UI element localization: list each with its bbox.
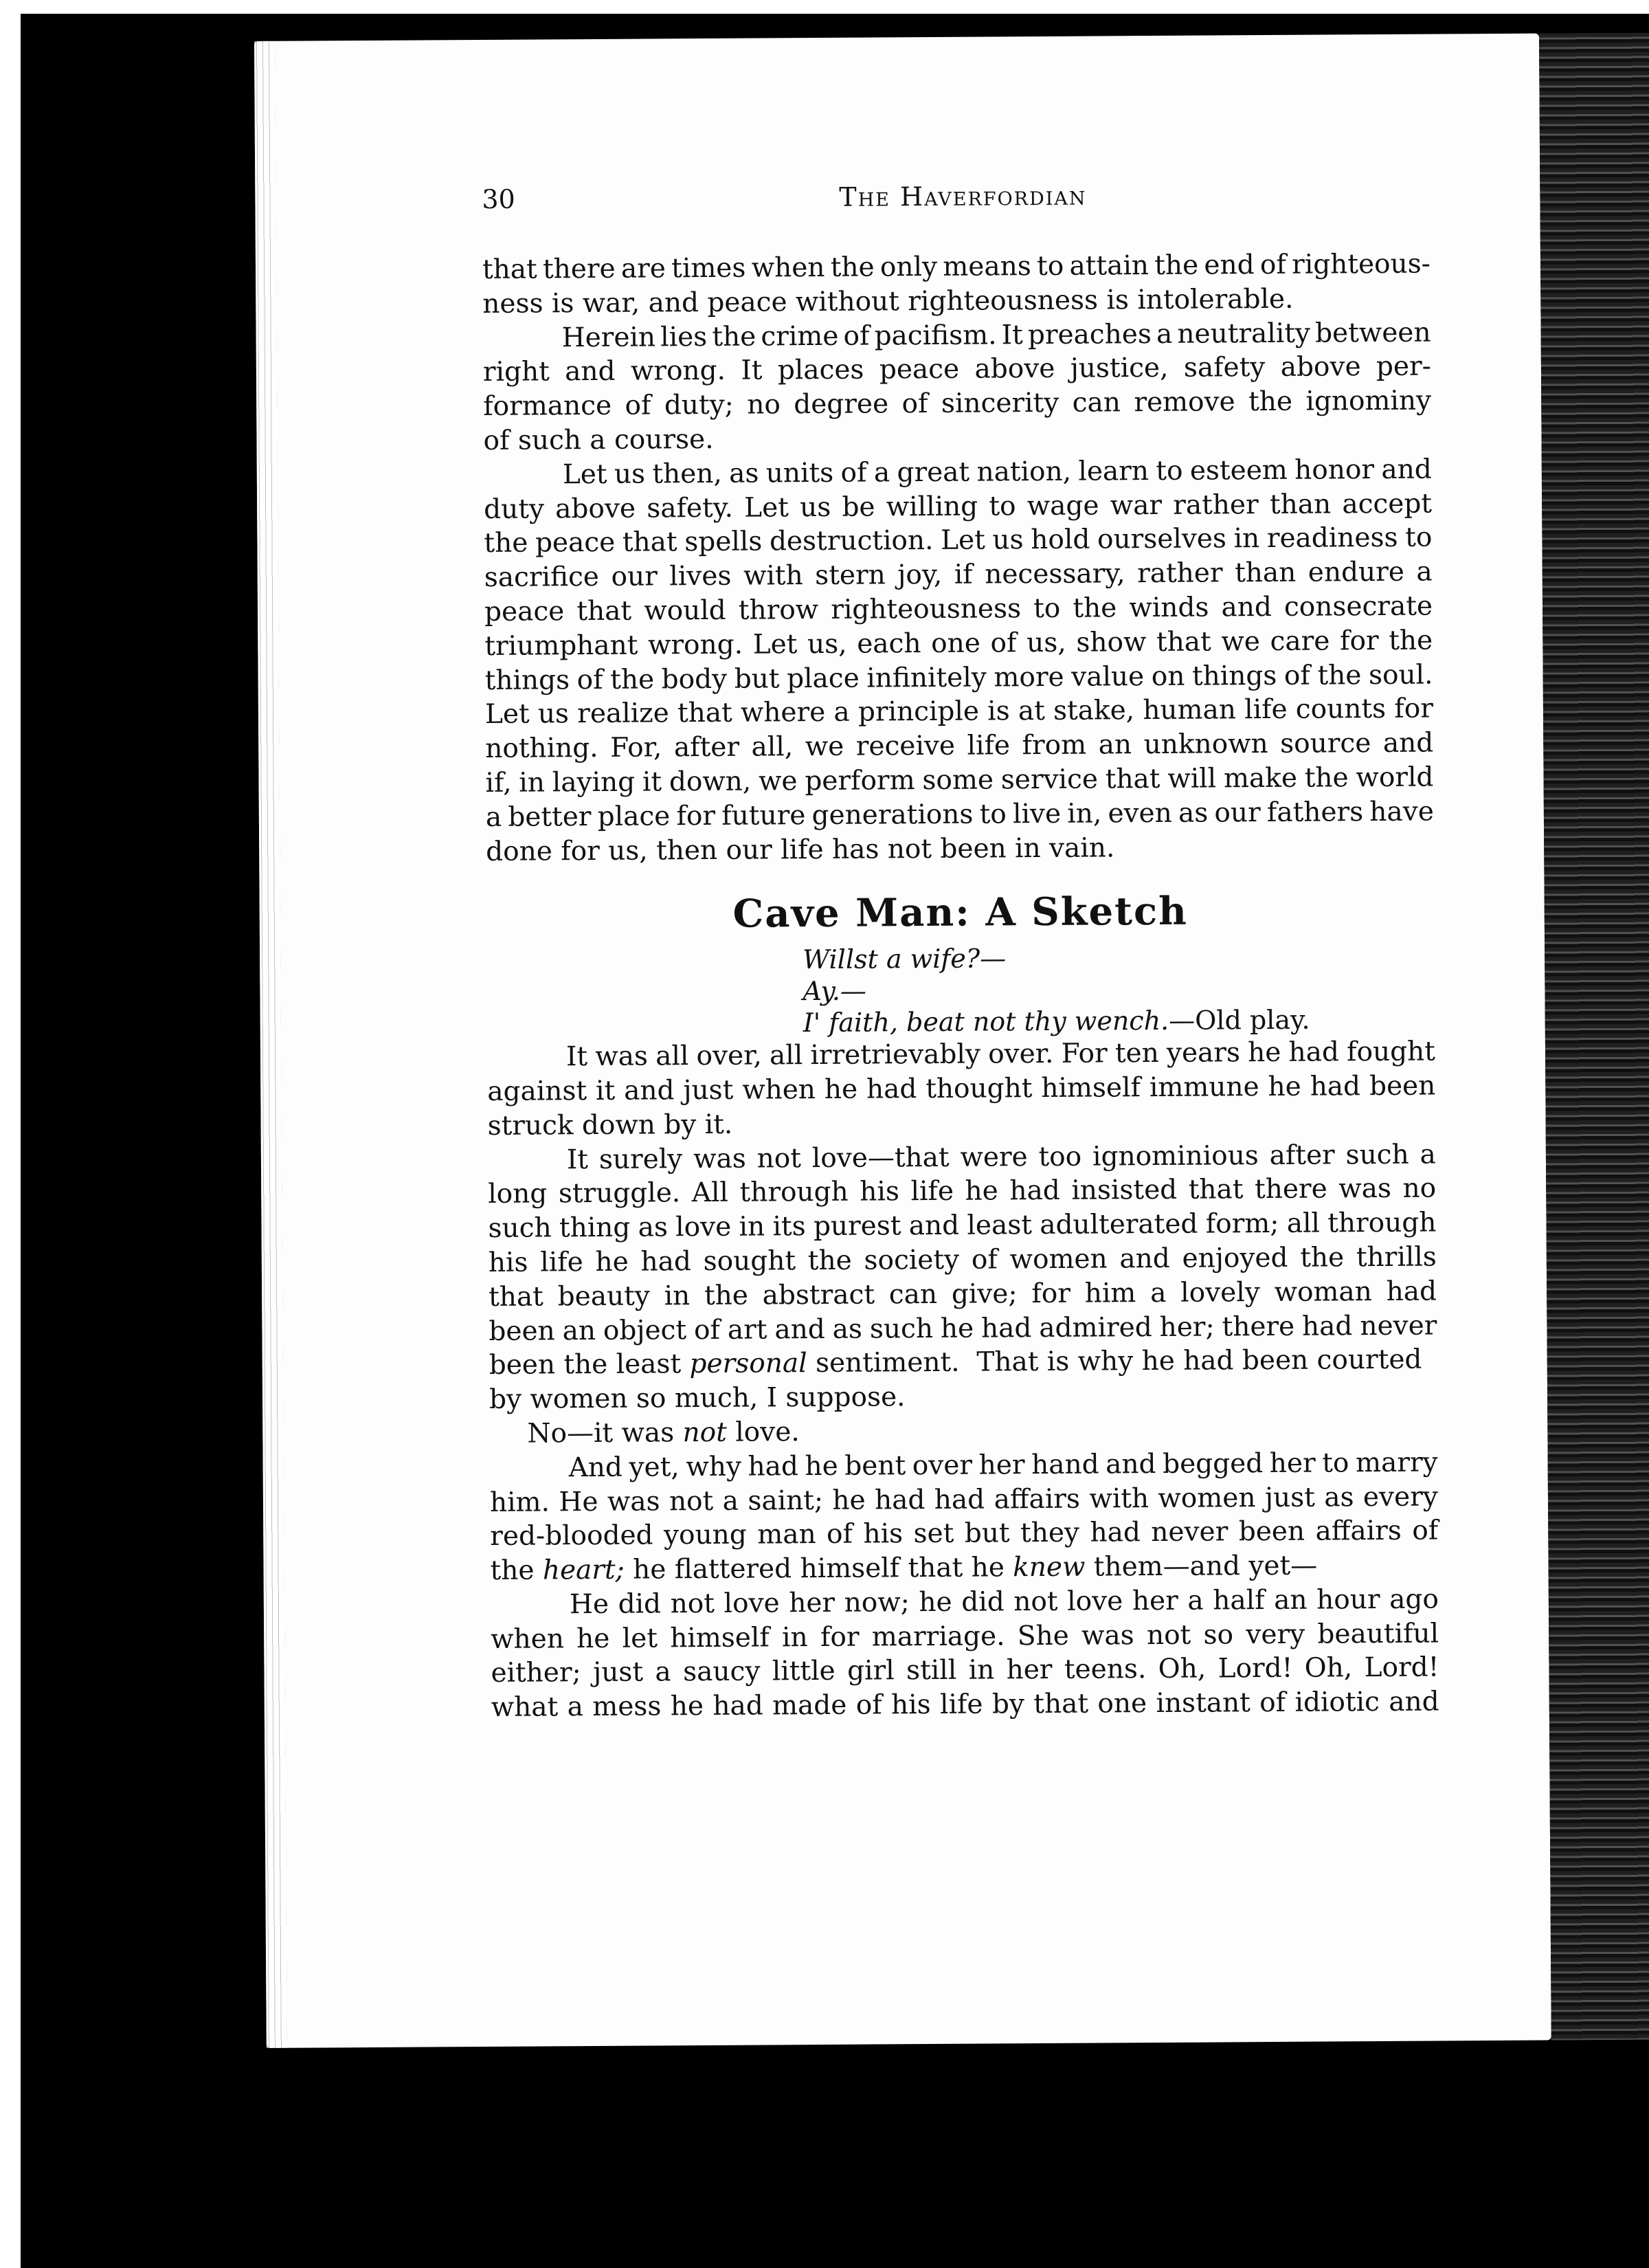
word: justice,: [1070, 351, 1169, 386]
word: her: [1132, 1584, 1178, 1619]
word: he: [941, 1311, 974, 1346]
text-line: Andyet,whyhadhebentoverherhandandbeggedh…: [490, 1445, 1438, 1485]
word: just: [1265, 1480, 1315, 1515]
word: love: [1067, 1584, 1123, 1619]
word: Let: [744, 491, 789, 525]
word: let: [622, 1621, 658, 1656]
word: for: [1340, 624, 1379, 658]
word: as: [1324, 1480, 1354, 1515]
word: purest: [814, 1209, 901, 1244]
word: such: [1345, 1137, 1409, 1172]
word: were: [960, 1140, 1027, 1175]
word: our: [611, 560, 658, 594]
word: Let: [563, 458, 607, 492]
word: had: [875, 1483, 926, 1517]
word: war: [1110, 489, 1163, 523]
paragraph-not-love: No—it was not love.: [489, 1411, 1437, 1451]
word: with: [743, 559, 803, 593]
word: he: [824, 1073, 858, 1107]
word: and: [774, 1312, 825, 1346]
word: attain: [1069, 249, 1149, 284]
word: as: [833, 1312, 863, 1346]
word: girl: [847, 1654, 895, 1689]
word: adulterated: [1040, 1208, 1198, 1243]
word: the: [610, 663, 654, 697]
word: of: [990, 626, 1016, 660]
italic-word: not: [682, 1416, 727, 1450]
paragraph-now: Hedidnotlovehernow;hedidnotloveherahalfa…: [491, 1582, 1439, 1725]
word: a: [1416, 555, 1433, 590]
word: did: [618, 1587, 661, 1621]
word: society: [864, 1243, 959, 1278]
word: as: [638, 1210, 668, 1245]
word: and: [1389, 1685, 1439, 1720]
word: He: [570, 1588, 609, 1622]
word: saucy: [683, 1655, 761, 1689]
word: had: [1310, 1069, 1361, 1104]
word: will: [1167, 761, 1216, 796]
word: still: [906, 1654, 956, 1688]
word: of: [840, 456, 866, 490]
word: him: [1085, 1276, 1136, 1311]
word: esteem: [1190, 454, 1288, 489]
word: if,: [485, 766, 511, 801]
word: too: [1038, 1139, 1081, 1174]
word: are: [621, 252, 666, 286]
word: it: [596, 1074, 615, 1109]
text-line: whenhelethimselfinformarriage.Shewasnots…: [491, 1616, 1439, 1656]
epigraph-attribution: —Old play.: [1169, 1005, 1310, 1036]
word: that: [1189, 1173, 1244, 1208]
paragraph-over: Itwasallover,allirretrievablyover.Forten…: [487, 1035, 1436, 1144]
page-right-shadow: [1539, 33, 1649, 2041]
text-line: red-bloodedyoungmanofhissetbuttheyhadnev…: [490, 1514, 1438, 1554]
word: life: [967, 729, 1010, 763]
word: been: [1239, 1515, 1305, 1549]
word: It: [1002, 318, 1023, 353]
word: surely: [599, 1142, 683, 1177]
word: to: [1156, 454, 1182, 489]
word: than: [1235, 556, 1296, 590]
word: place: [598, 799, 671, 834]
text-line: Itsurelywasnotlove—thatweretooignominiou…: [488, 1137, 1436, 1177]
word: when: [752, 251, 825, 285]
word: He: [559, 1485, 598, 1519]
word: show: [1076, 625, 1146, 660]
word: not: [1013, 1585, 1058, 1619]
word: And: [569, 1450, 623, 1485]
word: consecrate: [1284, 590, 1433, 625]
word: a: [1150, 1276, 1167, 1311]
text-span: No—it was: [527, 1416, 683, 1451]
word: human: [1143, 693, 1236, 729]
word: can: [1073, 386, 1121, 420]
word: his: [489, 1246, 528, 1280]
word: himself: [670, 1621, 770, 1656]
word: we: [805, 730, 844, 764]
word: the: [712, 320, 756, 354]
word: had: [1288, 1036, 1339, 1070]
word: he: [1268, 1070, 1301, 1104]
word: been: [1369, 1069, 1436, 1103]
word: place: [787, 661, 860, 696]
word: degree: [794, 388, 888, 423]
word: such: [870, 1312, 933, 1346]
word: had: [640, 1245, 691, 1279]
word: of: [901, 387, 928, 421]
word: had: [934, 1482, 985, 1517]
word: of: [1284, 658, 1310, 693]
text-line: Itwasallover,allirretrievablyover.Forten…: [487, 1035, 1435, 1075]
paragraph-nation: Letusthen,asunitsofagreatnation,learntoe…: [484, 452, 1435, 869]
word: world: [1356, 760, 1433, 794]
word: an: [563, 1314, 596, 1348]
word: sincerity: [941, 386, 1059, 421]
word: he: [805, 1449, 838, 1484]
word: ten: [1115, 1036, 1159, 1071]
word: his: [863, 1517, 903, 1552]
word: mess: [592, 1690, 661, 1724]
word: and: [1381, 452, 1432, 487]
word: of: [972, 1243, 998, 1277]
word: but: [734, 662, 780, 696]
word: duty;: [664, 388, 734, 423]
text-span: he flattered himself that he: [625, 1550, 1013, 1587]
text-line: him.Hewasnotasaint;hehadhadaffairswithwo…: [490, 1480, 1438, 1520]
text-line: formanceofduty;nodegreeofsinceritycanrem…: [483, 384, 1431, 424]
word: things: [1192, 658, 1277, 693]
word: that: [482, 252, 537, 287]
word: units: [766, 456, 834, 491]
word: give;: [952, 1277, 1018, 1311]
word: he: [1248, 1036, 1281, 1070]
text-line: done for us, then our life has not been …: [486, 829, 1434, 869]
word: of: [694, 1313, 720, 1347]
text-block: thattherearetimeswhentheonlymeanstoattai…: [482, 247, 1439, 1725]
word: had: [1009, 1174, 1060, 1208]
epigraph-line: Ay.—: [803, 976, 866, 1007]
word: he: [832, 1483, 866, 1517]
word: Let: [485, 698, 530, 732]
word: in: [1233, 522, 1259, 556]
word: had: [981, 1311, 1032, 1346]
word: marry: [1356, 1445, 1438, 1480]
word: Lord!: [1218, 1652, 1292, 1686]
word: young: [664, 1518, 747, 1553]
word: us: [800, 490, 831, 524]
word: affairs: [994, 1482, 1080, 1517]
word: not: [757, 1142, 802, 1176]
word: ago: [1389, 1582, 1439, 1616]
word: such: [488, 1212, 551, 1246]
text-line: thepeacethatspellsdestruction.Letusholdo…: [484, 521, 1432, 561]
word: and: [1383, 726, 1434, 761]
word: at: [1018, 694, 1045, 729]
word: stern: [815, 559, 886, 593]
word: nothing.: [485, 731, 598, 766]
word: nation,: [976, 455, 1071, 490]
word: of: [1260, 248, 1286, 282]
word: struggle.: [559, 1177, 681, 1212]
word: winds: [1129, 590, 1209, 625]
word: on: [1152, 659, 1185, 693]
text-line: of such a course.: [483, 419, 1431, 458]
word: had: [1386, 1274, 1437, 1309]
word: where: [741, 696, 826, 731]
word: necessary,: [985, 557, 1125, 592]
word: us: [538, 698, 569, 732]
italic-word: heart;: [543, 1553, 625, 1588]
word: thing: [559, 1211, 631, 1245]
word: when: [491, 1622, 564, 1656]
word: endure: [1308, 555, 1404, 590]
word: to: [1033, 592, 1060, 626]
word: a: [655, 1656, 671, 1690]
article-title: Cave Man: A Sketch: [486, 893, 1435, 933]
word: all: [655, 1039, 689, 1074]
word: thought: [926, 1071, 1032, 1107]
text-line: whatamesshehadmadeofhislifebythatoneinst…: [491, 1685, 1439, 1725]
word: value: [1071, 660, 1144, 694]
word: receive: [856, 729, 956, 764]
word: her: [1007, 1653, 1053, 1687]
word: by: [992, 1687, 1024, 1722]
word: of: [843, 319, 869, 353]
text-line: longstruggle.Allthroughhislifehehadinsis…: [488, 1172, 1436, 1212]
word: the: [1305, 761, 1349, 795]
word: laying: [552, 766, 636, 801]
word: so: [1203, 1618, 1233, 1652]
word: had: [1090, 1515, 1141, 1550]
word: life: [540, 1245, 583, 1280]
word: principle: [858, 695, 979, 730]
word: safety.: [647, 491, 733, 526]
word: a: [1156, 317, 1173, 351]
word: its: [772, 1210, 805, 1244]
word: Oh,: [1305, 1652, 1353, 1686]
word: than: [1270, 487, 1331, 522]
word: rather: [1173, 488, 1259, 523]
word: through: [1327, 1206, 1436, 1241]
word: have: [1369, 794, 1434, 829]
word: means: [943, 249, 1031, 285]
text-line: by women so much, I suppose.: [489, 1377, 1437, 1417]
word: for: [1394, 692, 1433, 726]
text-span: sentiment. That is why he had been court…: [807, 1343, 1422, 1381]
word: object: [603, 1313, 686, 1348]
word: She: [1018, 1619, 1069, 1653]
word: very: [1246, 1617, 1305, 1652]
word: insisted: [1071, 1173, 1177, 1208]
word: It: [741, 354, 762, 388]
text-line: the heart; he flattered himself that he …: [490, 1548, 1438, 1588]
continued-paragraph: thattherearetimeswhentheonlymeanstoattai…: [482, 247, 1431, 322]
text-line: dutyabovesafety.Letusbewillingtowagewarr…: [484, 487, 1432, 526]
word: all,: [751, 730, 793, 764]
word: that: [1106, 762, 1160, 797]
word: between: [1315, 315, 1431, 351]
running-head: 30 The Haverfordian: [482, 178, 1444, 225]
word: in: [519, 766, 545, 800]
word: there: [543, 252, 616, 287]
word: her: [789, 1586, 835, 1621]
word: hour: [1316, 1583, 1380, 1617]
text-line: peacethatwouldthrowrighteousnesstothewin…: [484, 590, 1433, 630]
word: immune: [1149, 1070, 1259, 1105]
word: made: [772, 1689, 847, 1723]
word: one: [931, 626, 980, 660]
word: life: [1244, 693, 1288, 727]
word: It: [566, 1040, 587, 1074]
word: remove: [1134, 385, 1235, 420]
word: thrills: [1356, 1240, 1437, 1275]
word: our: [1214, 796, 1261, 830]
word: us,: [1027, 626, 1066, 660]
word: had: [866, 1072, 917, 1107]
word: through: [739, 1175, 848, 1210]
word: counts: [1296, 692, 1387, 727]
word: little: [772, 1654, 835, 1689]
word: man: [757, 1517, 816, 1552]
text-line: beenanobjectofartandassuchhehadadmiredhe…: [489, 1309, 1437, 1348]
word: love: [675, 1210, 731, 1245]
word: a: [1420, 1137, 1436, 1172]
word: each: [857, 627, 921, 661]
word: more: [994, 660, 1064, 694]
word: just: [593, 1656, 643, 1690]
word: saint;: [748, 1483, 823, 1517]
word: just: [683, 1074, 733, 1108]
word: of: [856, 1689, 882, 1723]
word: her: [979, 1448, 1025, 1482]
word: but: [965, 1517, 1010, 1551]
word: been: [489, 1314, 555, 1348]
paragraph-pacifism: Hereinliesthecrimeofpacifism.Itpreachesa…: [482, 315, 1431, 458]
word: ignominy: [1305, 384, 1431, 419]
word: all: [770, 1038, 803, 1073]
word: Herein: [561, 320, 655, 355]
word: with: [1089, 1482, 1149, 1516]
word: destruction.: [770, 524, 934, 559]
word: life: [910, 1175, 954, 1209]
word: learn: [1078, 454, 1149, 489]
word: a: [567, 1690, 583, 1724]
word: the: [1073, 591, 1117, 625]
word: we: [1221, 625, 1260, 659]
journal-title: The Haverfordian: [482, 178, 1444, 214]
word: make: [1224, 761, 1297, 796]
word: was: [693, 1142, 746, 1176]
word: when: [742, 1073, 816, 1107]
word: preaches: [1028, 318, 1152, 353]
word: it: [642, 765, 662, 799]
word: perform: [805, 764, 915, 799]
word: as: [1178, 796, 1209, 830]
word: a: [874, 456, 890, 490]
text-line: ness is war, and peace without righteous…: [482, 281, 1431, 321]
word: peace: [535, 526, 616, 561]
word: care: [1270, 624, 1330, 658]
italic-word: personal: [689, 1346, 807, 1381]
word: things: [485, 663, 570, 698]
word: crime: [761, 319, 838, 353]
word: had: [713, 1689, 763, 1724]
word: idiotic: [1294, 1685, 1380, 1720]
word: now;: [844, 1586, 910, 1620]
text-line: thatbeautyintheabstractcangive;forhimalo…: [489, 1274, 1437, 1314]
word: abstract: [763, 1278, 875, 1313]
word: lovely: [1180, 1276, 1260, 1311]
word: he: [576, 1622, 610, 1656]
word: love—that: [812, 1140, 950, 1175]
word: years: [1167, 1036, 1240, 1070]
word: fathers: [1267, 795, 1364, 830]
word: lies: [660, 320, 707, 355]
word: the: [1300, 1241, 1344, 1275]
word: the: [704, 1278, 748, 1313]
word: future: [721, 799, 805, 834]
word: and: [1106, 1447, 1156, 1482]
word: For: [1062, 1037, 1108, 1071]
word: better: [508, 800, 591, 835]
word: great: [897, 455, 969, 489]
epigraph-line: Willst a wife?—: [803, 943, 1006, 975]
word: source: [1280, 726, 1371, 761]
word: half: [1213, 1583, 1265, 1618]
word: affairs: [1315, 1514, 1402, 1549]
word: joy,: [897, 558, 942, 592]
word: woman: [1274, 1275, 1372, 1310]
word: us: [614, 457, 645, 491]
epigraph-quote: I' faith, beat not thy wench.: [803, 1005, 1169, 1038]
text-line: abetterplaceforfuturegenerationstolivein…: [486, 794, 1434, 834]
word: form;: [1206, 1207, 1279, 1241]
word: in,: [1067, 797, 1101, 831]
word: honor: [1294, 453, 1374, 488]
word: not: [1147, 1618, 1191, 1652]
word: bent: [844, 1449, 906, 1483]
word: a: [1187, 1583, 1204, 1618]
word: righteousness: [831, 592, 1021, 627]
text-line: againstitandjustwhenhehadthoughthimselfi…: [487, 1069, 1435, 1109]
word: willing: [886, 489, 978, 524]
word: and: [565, 355, 616, 389]
word: fought: [1347, 1035, 1435, 1070]
word: infinitely: [866, 660, 987, 696]
word: of: [625, 389, 651, 423]
word: the: [1389, 623, 1433, 658]
word: realize: [577, 697, 669, 732]
word: a: [486, 801, 502, 835]
word: not: [669, 1484, 714, 1518]
word: righteous-: [1292, 247, 1431, 282]
word: he: [595, 1245, 629, 1280]
word: over: [912, 1448, 973, 1482]
word: only: [880, 250, 937, 285]
text-line: been the least personal sentiment. That …: [489, 1343, 1437, 1383]
word: right: [483, 355, 550, 390]
word: him.: [490, 1485, 550, 1520]
word: All: [692, 1176, 728, 1210]
word: if: [954, 558, 973, 592]
text-line: suchthingasloveinitspurestandleastadulte…: [488, 1206, 1436, 1246]
word: long: [488, 1177, 547, 1212]
word: to: [1322, 1446, 1349, 1480]
word: instant: [1156, 1686, 1250, 1721]
word: peace: [484, 594, 565, 630]
text-line: Hedidnotlovehernow;hedidnotloveherahalfa…: [491, 1582, 1439, 1622]
word: least: [967, 1208, 1032, 1243]
